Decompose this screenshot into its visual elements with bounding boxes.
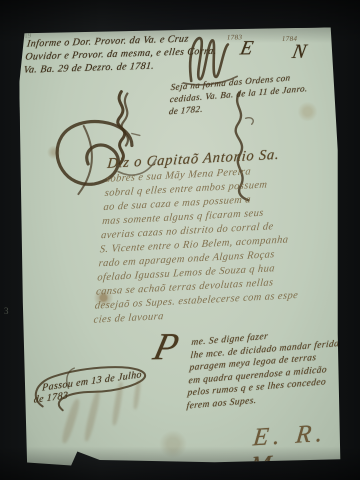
scanned-document-view: 3 219 Informe o Dor. Provor. da Va. e Cr…: [0, 0, 360, 480]
petition-request-block: me. Se digne fazer lhe mce. de dicidado …: [186, 325, 341, 413]
rubric-initial-second: N: [290, 41, 308, 64]
manuscript-paper: 219 Informe o Dor. Provor. da Va. e Cruz…: [19, 27, 343, 468]
year-mark-left: 1783: [227, 33, 243, 41]
closing-erm: E. R. M.: [249, 419, 342, 480]
petition-body: Diz o Capitaõ Antonio Sa. sobres e sua M…: [93, 145, 311, 328]
margin-mark: 3: [4, 306, 9, 316]
